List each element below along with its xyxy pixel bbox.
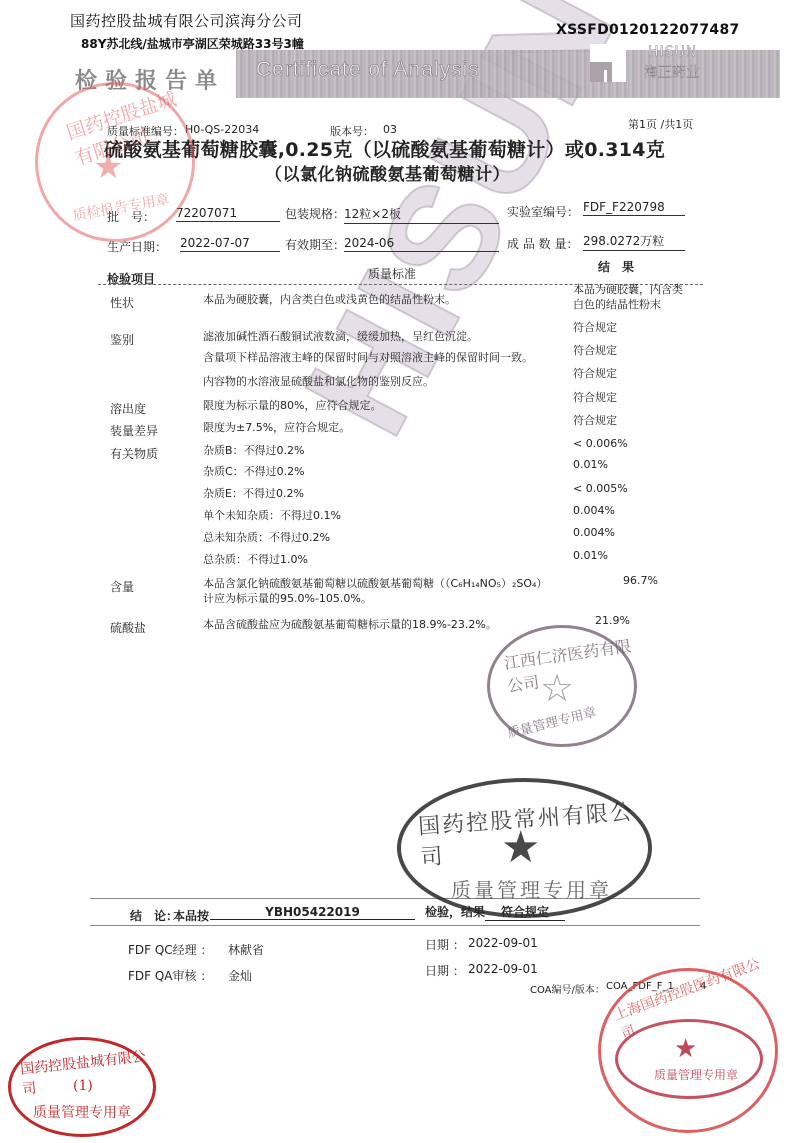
row-standard: 杂质C：不得过0.2% [203, 464, 305, 479]
quantity-value: 298.0272万粒 [583, 232, 685, 251]
row-result: 符合规定 [573, 366, 617, 381]
stamp-bottom-right-inner: 质量管理专用章 [654, 1066, 738, 1083]
row-standard: 杂质E：不得过0.2% [203, 486, 304, 501]
row-result: < 0.006% [573, 436, 628, 451]
row-result: 符合规定 [573, 390, 617, 405]
conclusion-standard: YBH05422019 [210, 905, 415, 920]
stamp-center-inner: 质量管理专用章 [451, 874, 612, 903]
quantity-label: 成 品 数 量： [507, 235, 578, 252]
qa-date: 2022-09-01 [468, 962, 538, 976]
row-item-name: 含量 [110, 578, 134, 595]
row-result: 符合规定 [573, 413, 617, 428]
report-title-en: Certificate of Analysis [256, 58, 480, 82]
stamp-bottom-left-middle: (1) [73, 1078, 93, 1094]
package-label: 包装规格： [285, 205, 345, 222]
stamp-bottom-right: 上海国药控股医药有限公司 ★ 质量管理专用章 [598, 968, 778, 1133]
package-value: 12粒×2板 [344, 205, 499, 224]
column-header-standard: 质量标准 [368, 265, 416, 282]
row-standard: 本品含氯化钠硫酸氨基葡萄糖以硫酸氨基葡萄糖（（C₆H₁₄NO₅）₂SO₄） 计应… [203, 576, 547, 606]
qa-review-label: FDF QA审核 ： [128, 967, 212, 984]
product-name-note: （以氯化钠硫酸氨基葡萄糖计） [265, 160, 510, 185]
row-result: 符合规定 [573, 320, 617, 335]
stamp-bottom-left-inner: 质量管理专用章 [33, 1102, 131, 1122]
page-indicator: 第1页 /共1页 [628, 116, 693, 132]
row-standard: 杂质B：不得过0.2% [203, 443, 305, 458]
expiry-value: 2024-06 [344, 236, 499, 252]
row-item-name: 硫酸盐 [110, 619, 146, 636]
row-standard: 限度为标示量的80%，应符合规定。 [203, 398, 381, 413]
row-result: 0.004% [573, 525, 615, 540]
row-result: 0.004% [573, 503, 615, 518]
row-item-name: 装量差异 [110, 422, 158, 439]
stamp-center: 国药控股常州有限公司 ★ 质量管理专用章 [397, 778, 652, 918]
stamp-top-left-inner: 质检报告专用章 [71, 189, 171, 226]
row-standard: 本品为硬胶囊，内含类白色或浅黄色的结晶性粉末。 [203, 292, 456, 307]
qc-manager-label: FDF QC经理 ： [128, 941, 213, 958]
row-standard: 滤液加碱性酒石酸铜试液数滴，缓缓加热，呈红色沉淀。 [203, 329, 478, 344]
row-standard: 总杂质：不得过1.0% [203, 552, 308, 567]
coa-label: COA编号/版本： [530, 981, 605, 996]
stamp-top-left: 国药控股盐城有限公司 ★ 质检报告专用章 [35, 82, 195, 242]
row-standard: 限度为±7.5%，应符合规定。 [203, 420, 350, 435]
row-result: 0.01% [573, 548, 608, 563]
qa-review-name: 金灿 [228, 967, 252, 984]
stamp-bottom-left: 国药控股盐城有限公司 (1) 质量管理专用章 [8, 1037, 156, 1137]
row-item-name: 性状 [110, 294, 134, 311]
mfg-date-value: 2022-07-07 [180, 236, 280, 252]
row-result: 符合规定 [573, 343, 617, 358]
row-standard: 内容物的水溶液显硫酸盐和氯化物的鉴别反应。 [203, 374, 434, 389]
company-name: 国药控股盐城有限公司滨海分公司 [70, 10, 303, 31]
hisun-logo-icon [590, 44, 628, 84]
row-result: 0.01% [573, 457, 608, 472]
row-item-name: 溶出度 [110, 400, 146, 417]
conclusion-label: 结 论： [130, 907, 178, 924]
row-standard: 单个未知杂质：不得过0.1% [203, 508, 341, 523]
lab-number-label: 实验室编号： [507, 203, 579, 220]
row-standard: 总未知杂质：不得过0.2% [203, 530, 330, 545]
stamp-bottom-right-oval: ★ 质量管理专用章 [615, 1019, 763, 1099]
stamp-middle-right: 江西仁济医药有限公司 ☆ 质量管理专用章 [487, 625, 637, 747]
qa-date-label: 日期 ： [425, 962, 465, 979]
star-icon: ★ [93, 147, 123, 187]
row-result: < 0.005% [573, 481, 628, 496]
row-result: 96.7% [623, 573, 658, 588]
row-item-name: 有关物质 [110, 445, 158, 462]
column-header-result: 结 果 [598, 258, 634, 275]
qc-manager-name: 林献省 [228, 941, 264, 958]
row-standard: 本品含硫酸盐应为硫酸氨基葡萄糖标示量的18.9%-23.2%。 [203, 617, 497, 632]
row-item-name: 鉴别 [110, 331, 134, 348]
expiry-label: 有效期至： [285, 236, 345, 253]
star-icon: ☆ [540, 666, 574, 710]
conclusion-prefix: 本品按 [173, 907, 209, 924]
document-number: XSSFD0120122077487 [556, 22, 740, 38]
batch-value: 72207071 [176, 206, 280, 222]
logo-name: HISUN [648, 44, 697, 60]
row-result: 本品为硬胶囊，内含类 白色的结晶性粉末 [573, 282, 683, 312]
lab-number-value: FDF_F220798 [583, 200, 685, 216]
star-icon: ★ [674, 1034, 697, 1064]
logo-cn: 海正药业 [644, 62, 700, 82]
row-result: 21.9% [595, 613, 630, 628]
qc-date: 2022-09-01 [468, 936, 538, 950]
stamp-top-left-outer: 国药控股盐城有限公司 [63, 81, 198, 171]
divider-bottom [90, 925, 700, 926]
star-icon: ★ [501, 822, 540, 873]
qc-date-label: 日期 ： [425, 936, 465, 953]
row-standard: 含量项下样品溶液主峰的保留时间与对照溶液主峰的保留时间一致。 [203, 350, 533, 365]
